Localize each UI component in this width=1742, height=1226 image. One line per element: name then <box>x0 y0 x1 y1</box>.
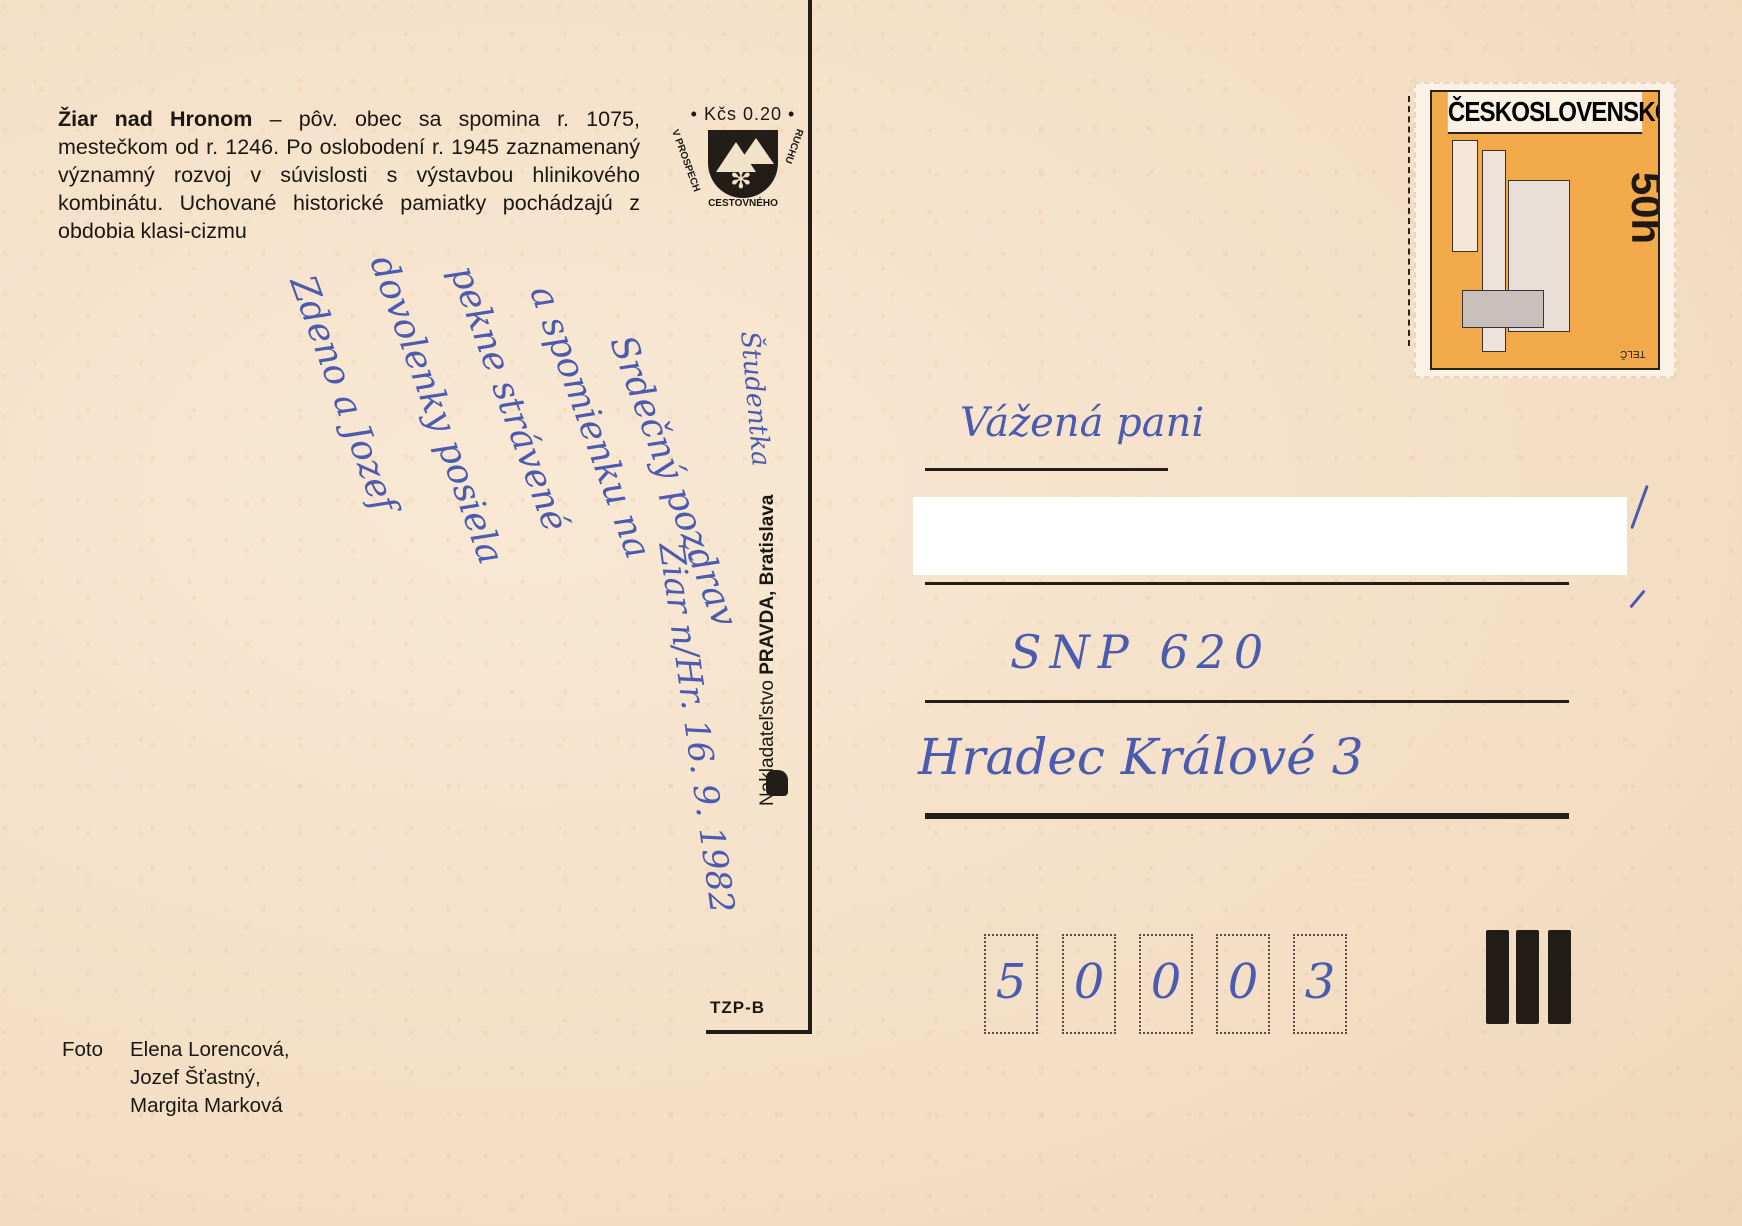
address-rule <box>925 582 1569 585</box>
stamp-face: ČESKOSLOVENSKO 50h TELČ <box>1430 90 1660 370</box>
publisher-imprint: Nakladateľstvo PRAVDA, Bratislava <box>757 495 779 806</box>
postal-digit: 0 <box>1141 954 1191 1010</box>
town-description: Žiar nad Hronom – pôv. obec sa spomina r… <box>58 105 640 245</box>
publisher-city: , Bratislava <box>757 495 778 596</box>
postage-stamp: ČESKOSLOVENSKO 50h TELČ <box>1414 82 1676 378</box>
address-rule <box>925 700 1569 703</box>
mountain-shield-icon: ✻ <box>708 130 778 198</box>
address-line-1: Vážená pani <box>960 400 1204 446</box>
credit-name: Margita Marková <box>130 1092 290 1120</box>
credit-name: Jozef Šťastný, <box>130 1064 290 1092</box>
publisher-name: PRAVDA <box>757 596 778 675</box>
photo-credits: Foto Elena Lorencová, Jozef Šťastný, Mar… <box>62 1036 103 1064</box>
emblem-text-bottom: CESTOVNÉHO <box>692 198 794 209</box>
credit-name: Elena Lorencová, <box>130 1036 290 1064</box>
pen-stroke <box>1630 485 1649 529</box>
edelweiss-icon: ✻ <box>730 166 752 192</box>
address-line-3: SNP 620 <box>1010 625 1271 679</box>
redacted-address-line <box>913 497 1627 575</box>
tourism-fee-emblem: • Kčs 0.20 • V PROSPECH ✻ RUCHU CESTOVNÉ… <box>678 104 808 214</box>
stamp-country: ČESKOSLOVENSKO <box>1448 92 1642 134</box>
sorting-bar <box>1516 930 1539 1024</box>
postal-digit: 0 <box>1218 954 1268 1010</box>
address-line-4: Hradec Králové 3 <box>918 728 1364 786</box>
sorting-bar <box>1486 930 1509 1024</box>
series-code: TZP-B <box>710 998 765 1018</box>
stamp-town-square-illustration <box>1442 140 1582 362</box>
handwritten-note: Študentka <box>734 330 776 468</box>
fee-label: • Kčs 0.20 • <box>678 104 808 125</box>
divider-foot <box>706 1030 812 1034</box>
publisher-logo-icon <box>766 770 788 796</box>
sorting-bar <box>1548 930 1571 1024</box>
postal-digit: 5 <box>986 954 1036 1010</box>
postal-digit: 3 <box>1295 954 1345 1010</box>
town-name: Žiar nad Hronom <box>58 107 252 131</box>
postal-digit: 0 <box>1064 954 1114 1010</box>
postcard-back: Žiar nad Hronom – pôv. obec sa spomina r… <box>0 0 1742 1226</box>
pen-stroke <box>1629 590 1645 609</box>
credits-label: Foto <box>62 1038 103 1061</box>
mountain-icon <box>738 138 774 164</box>
emblem-text-right: RUCHU <box>782 127 805 165</box>
divider-line <box>808 0 812 1032</box>
address-rule <box>925 468 1168 471</box>
address-rule-bold <box>925 813 1569 819</box>
stamp-place: TELČ <box>1620 348 1646 359</box>
stamp-value: 50h <box>1622 172 1660 244</box>
emblem-text-left: V PROSPECH <box>669 128 702 193</box>
